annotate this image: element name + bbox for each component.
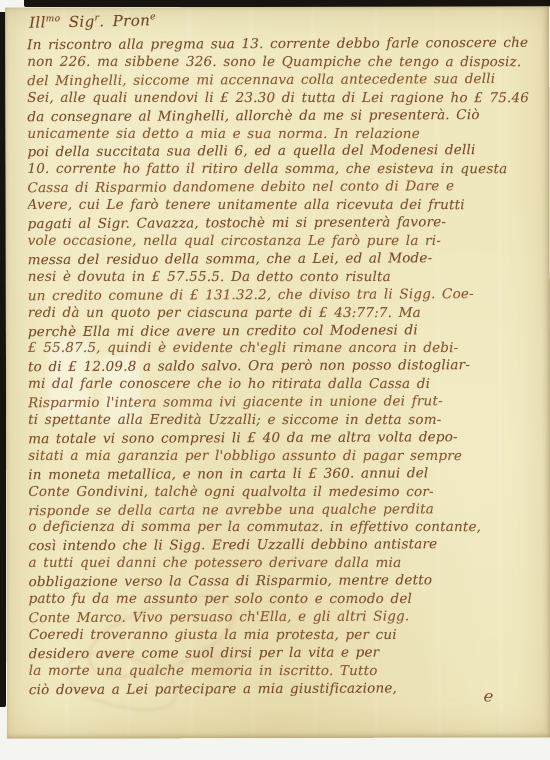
handwriting-line: da consegnare al Minghelli, allorchè da … bbox=[27, 106, 543, 126]
handwriting-line: 10. corrente ho fatto il ritiro della so… bbox=[27, 161, 543, 179]
handwriting-line: la morte una qualche memoria in iscritto… bbox=[29, 663, 545, 681]
handwriting-line: o deficienza di somma per la commutaz. i… bbox=[28, 519, 544, 537]
handwriting-line: Risparmio l'intera somma ivi giacente in… bbox=[28, 393, 544, 413]
scanned-letter-page: Illmo Sigr. Prone In riscontro alla preg… bbox=[0, 0, 550, 760]
handwriting-line: desidero avere come suol dirsi per la vi… bbox=[29, 644, 545, 664]
handwriting-line: perchè Ella mi dice avere un credito col… bbox=[28, 321, 544, 341]
handwriting-line: Conte Marco. Vivo persuaso ch'Ella, e gl… bbox=[29, 608, 545, 628]
letter-salutation: Illmo Sigr. Prone bbox=[29, 11, 156, 32]
salutation-text: Sig bbox=[60, 12, 94, 31]
handwriting-line: ma totale vi sono compresi li £ 40 da me… bbox=[28, 429, 544, 449]
handwriting-line: £ 55.87.5, quindi è evidente ch'egli rim… bbox=[28, 340, 544, 358]
handwriting-line: Coeredi troveranno giusta la mia protest… bbox=[29, 627, 545, 645]
salutation-text: Ill bbox=[29, 13, 46, 31]
handwriting-line: mi dal farle conoscere che io ho ritirat… bbox=[28, 376, 544, 394]
handwriting-line: un credito comune di £ 131.32.2, che div… bbox=[28, 285, 544, 305]
catchword: e bbox=[482, 686, 494, 706]
handwriting-line: Sei, alle quali unendovi li £ 23.30 di t… bbox=[27, 90, 543, 108]
handwriting-line: to di £ 12.09.8 a saldo salvo. Ora però … bbox=[28, 357, 544, 377]
handwriting-line: Conte Gondivini, talchè ogni qualvolta i… bbox=[28, 483, 544, 501]
handwriting-line: a tutti quei danni che potessero derivar… bbox=[28, 555, 544, 573]
handwriting-line: vole occasione, nella qual circostanza L… bbox=[28, 233, 544, 251]
handwriting-line: pagati al Sigr. Cavazza, tostochè mi si … bbox=[28, 214, 544, 234]
handwriting-line: Avere, cui Le farò tenere unitamente all… bbox=[28, 197, 544, 215]
handwriting-line: ti spettante alla Eredità Uzzalli; e sic… bbox=[28, 412, 544, 430]
handwriting-line: non 226. ma sibbene 326. sono le Quampic… bbox=[27, 54, 543, 72]
handwriting-line: così intendo che li Sigg. Eredi Uzzalli … bbox=[28, 536, 544, 556]
handwriting-line: redi dà un quoto per ciascuna parte di £… bbox=[28, 304, 544, 322]
handwriting-line: poi della succitata sua delli 6, ed a qu… bbox=[27, 142, 543, 162]
handwriting-line: unicamente sia detto a mia e sua norma. … bbox=[27, 125, 543, 143]
handwriting-line: messa del residuo della somma, che a Lei… bbox=[28, 250, 544, 270]
letter-body: In riscontro alla pregma sua 13. corrent… bbox=[27, 35, 545, 699]
handwriting-line: risponde se della carta ne avrebbe una q… bbox=[28, 500, 544, 520]
salutation-text: . Pron bbox=[99, 11, 150, 30]
handwriting-line: patto fu da me assunto per solo conto e … bbox=[29, 591, 545, 609]
handwriting-line: obbligazione verso la Cassa di Risparmio… bbox=[29, 572, 545, 592]
handwriting-line: in moneta metallica, e non in carta li £… bbox=[28, 465, 544, 485]
handwriting-line: Cassa di Risparmio dandomene debito nel … bbox=[27, 178, 543, 198]
handwriting-line: nesi è dovuta in £ 57.55.5. Da detto con… bbox=[28, 269, 544, 287]
handwriting-line: ciò doveva a Lei partecipare a mia giust… bbox=[29, 679, 545, 699]
salutation-superscript: e bbox=[150, 12, 156, 22]
handwriting-line: sitati a mia garanzia per l'obbligo assu… bbox=[28, 448, 544, 466]
salutation-superscript: mo bbox=[46, 14, 61, 24]
letter-paper: Illmo Sigr. Prone In riscontro alla preg… bbox=[5, 6, 550, 738]
handwriting-line: del Minghelli, siccome mi accennava coll… bbox=[27, 71, 543, 91]
handwriting-line: In riscontro alla pregma sua 13. corrent… bbox=[27, 35, 543, 55]
